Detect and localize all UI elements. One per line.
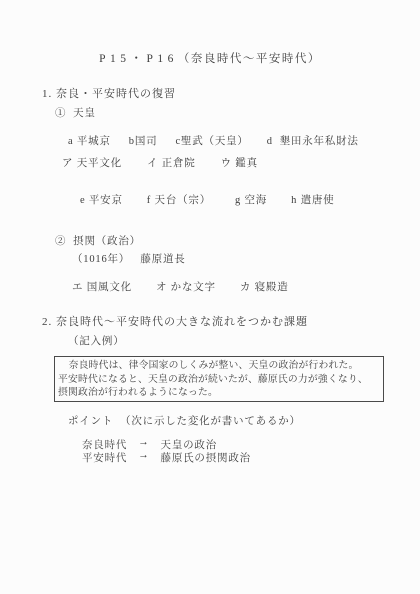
example-box-line-3: 摂関政治が行われるようになった。 xyxy=(58,386,380,400)
term-b: b国司 xyxy=(129,133,158,148)
change-heian-result: 藤原氏の摂関政治 xyxy=(161,450,251,465)
example-answer-box: 奈良時代は、律令国家のしくみが整い、天皇の政治が行われた。 平安時代になると、天… xyxy=(54,356,384,402)
section1-heading: 1. 奈良・平安時代の復習 xyxy=(42,88,176,101)
term-f: f 天台（宗） xyxy=(147,192,211,207)
term-katakana-o: オ かな文字 xyxy=(156,279,216,294)
term-katakana-a: ア 天平文化 xyxy=(62,155,122,170)
page-title: P15・P16（奈良時代～平安時代） xyxy=(0,50,420,66)
point-line: ポイント （次に示した変化が書いてあるか） xyxy=(68,416,301,429)
term-d: d 墾田永年私財法 xyxy=(267,133,359,148)
page-title-subject: （奈良時代～平安時代） xyxy=(178,53,321,65)
worksheet-page: P15・P16（奈良時代～平安時代） 1. 奈良・平安時代の復習 ① 天皇 a … xyxy=(0,0,420,594)
page-title-code: P15・P16 xyxy=(99,53,178,65)
regency-year-line: （1016年） 藤原道長 xyxy=(72,254,186,267)
example-box-line-1: 奈良時代は、律令国家のしくみが整い、天皇の政治が行われた。 xyxy=(58,359,380,373)
term-katakana-ka: カ 寝殿造 xyxy=(240,279,289,294)
term-row-e-o-ka: エ 国風文化 オ かな文字 カ 寝殿造 xyxy=(72,279,289,294)
change-heian-era: 平安時代 xyxy=(82,450,127,465)
term-row-a-i-u: ア 天平文化 イ 正倉院 ウ 鑑真 xyxy=(62,155,258,170)
term-a: a 平城京 xyxy=(68,133,111,148)
change-row-heian: 平安時代 → 藤原氏の摂関政治 xyxy=(82,450,251,465)
term-katakana-i: イ 正倉院 xyxy=(147,155,196,170)
regency-item-label: ② 摂関（政治） xyxy=(55,236,141,249)
section2-heading: 2. 奈良時代～平安時代の大きな流れをつかむ課題 xyxy=(42,316,308,329)
term-row-abcd: a 平城京 b国司 c聖武（天皇） d 墾田永年私財法 xyxy=(68,133,359,148)
emperor-item-label: ① 天皇 xyxy=(55,108,96,121)
term-row-efgh: e 平安京 f 天台（宗） g 空海 h 遣唐使 xyxy=(80,192,334,207)
term-katakana-e: エ 国風文化 xyxy=(72,279,132,294)
term-katakana-u: ウ 鑑真 xyxy=(221,155,258,170)
term-h: h 遣唐使 xyxy=(291,192,334,207)
arrow-right-icon: → xyxy=(138,450,149,465)
term-c: c聖武（天皇） xyxy=(175,133,248,148)
term-e: e 平安京 xyxy=(80,192,123,207)
term-g: g 空海 xyxy=(235,192,267,207)
example-label: （記入例） xyxy=(68,336,125,349)
example-box-line-2: 平安時代になると、天皇の政治が続いたが、藤原氏の力が強くなり、 xyxy=(58,373,380,387)
